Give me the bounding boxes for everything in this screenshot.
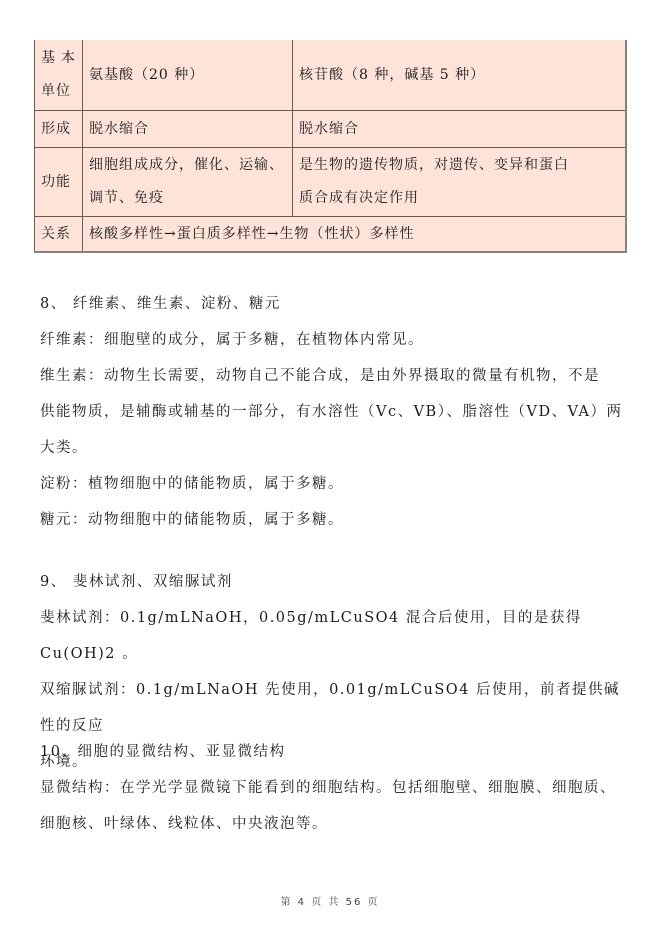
paragraph-line: 显微结构：在学光学显微镜下能看到的细胞结构。包括细胞壁、细胞膜、细胞质、 — [40, 770, 630, 806]
section-10-cell-structure: 10、细胞的显微结构、亚显微结构 显微结构：在学光学显微镜下能看到的细胞结构。包… — [40, 734, 630, 842]
paragraph-line: 糖元：动物细胞中的储能物质，属于多糖。 — [40, 502, 630, 538]
section-heading: 9、 斐林试剂、双缩脲试剂 — [40, 564, 630, 600]
cell-line: 细胞组成成分，催化、运输、 — [89, 149, 286, 182]
label-part: 基 — [41, 42, 56, 75]
paragraph-line: 斐林试剂：0.1g/mLNaOH，0.05g/mLCuSO4 混合后使用，目的是… — [40, 600, 630, 672]
page-number-footer: 第 4 页 共 56 页 — [0, 893, 660, 908]
cell-line: 质合成有决定作用 — [299, 182, 619, 215]
section-heading: 8、 纤维素、维生素、淀粉、糖元 — [40, 286, 630, 322]
label-part: 本 — [61, 42, 76, 75]
paragraph-line: 细胞核、叶绿体、线粒体、中央液泡等。 — [40, 806, 630, 842]
table-row-function: 功能 细胞组成成分，催化、运输、 调节、免疫 是生物的遗传物质，对遗传、变异和蛋… — [35, 148, 627, 217]
paragraph-line: 淀粉：植物细胞中的储能物质，属于多糖。 — [40, 466, 630, 502]
table-row-relation: 关系 核酸多样性→蛋白质多样性→生物（性状）多样性 — [35, 217, 627, 253]
label-part: 单位 — [41, 75, 76, 108]
row-label-relation: 关系 — [35, 217, 83, 253]
table-row-formation: 形成 脱水缩合 脱水缩合 — [35, 111, 627, 148]
cell-nucleic-function: 是生物的遗传物质，对遗传、变异和蛋白 质合成有决定作用 — [293, 148, 627, 217]
paragraph-line: 供能物质，是辅酶或辅基的一部分，有水溶性（Vc、VB）、脂溶性（VD、VA）两 — [40, 394, 630, 430]
table-row-basic-unit: 基 本 单位 氨基酸（20 种） 核苷酸（8 种，碱基 5 种） — [35, 40, 627, 111]
cell-line: 调节、免疫 — [89, 182, 286, 215]
cell-protein-function: 细胞组成成分，催化、运输、 调节、免疫 — [83, 148, 293, 217]
row-label-function: 功能 — [35, 148, 83, 217]
cell-protein-basic-unit: 氨基酸（20 种） — [83, 40, 293, 111]
cell-nucleic-basic-unit: 核苷酸（8 种，碱基 5 种） — [293, 40, 627, 111]
cell-relation-merged: 核酸多样性→蛋白质多样性→生物（性状）多样性 — [83, 217, 627, 253]
paragraph-line: 维生素：动物生长需要，动物自己不能合成，是由外界摄取的微量有机物，不是 — [40, 358, 630, 394]
paragraph-line: 大类。 — [40, 430, 630, 466]
protein-nucleic-comparison-table: 基 本 单位 氨基酸（20 种） 核苷酸（8 种，碱基 5 种） 形成 脱水缩合… — [34, 40, 627, 253]
row-label-basic-unit: 基 本 单位 — [35, 40, 83, 111]
cell-line: 是生物的遗传物质，对遗传、变异和蛋白 — [299, 149, 619, 182]
cell-protein-formation: 脱水缩合 — [83, 111, 293, 148]
section-8-polysaccharides-vitamins: 8、 纤维素、维生素、淀粉、糖元 纤维素：细胞壁的成分，属于多糖，在植物体内常见… — [40, 286, 630, 538]
paragraph-line: 纤维素：细胞壁的成分，属于多糖，在植物体内常见。 — [40, 322, 630, 358]
section-heading: 10、细胞的显微结构、亚显微结构 — [40, 734, 630, 770]
row-label-formation: 形成 — [35, 111, 83, 148]
cell-nucleic-formation: 脱水缩合 — [293, 111, 627, 148]
comparison-table-container: 基 本 单位 氨基酸（20 种） 核苷酸（8 种，碱基 5 种） 形成 脱水缩合… — [34, 40, 627, 253]
